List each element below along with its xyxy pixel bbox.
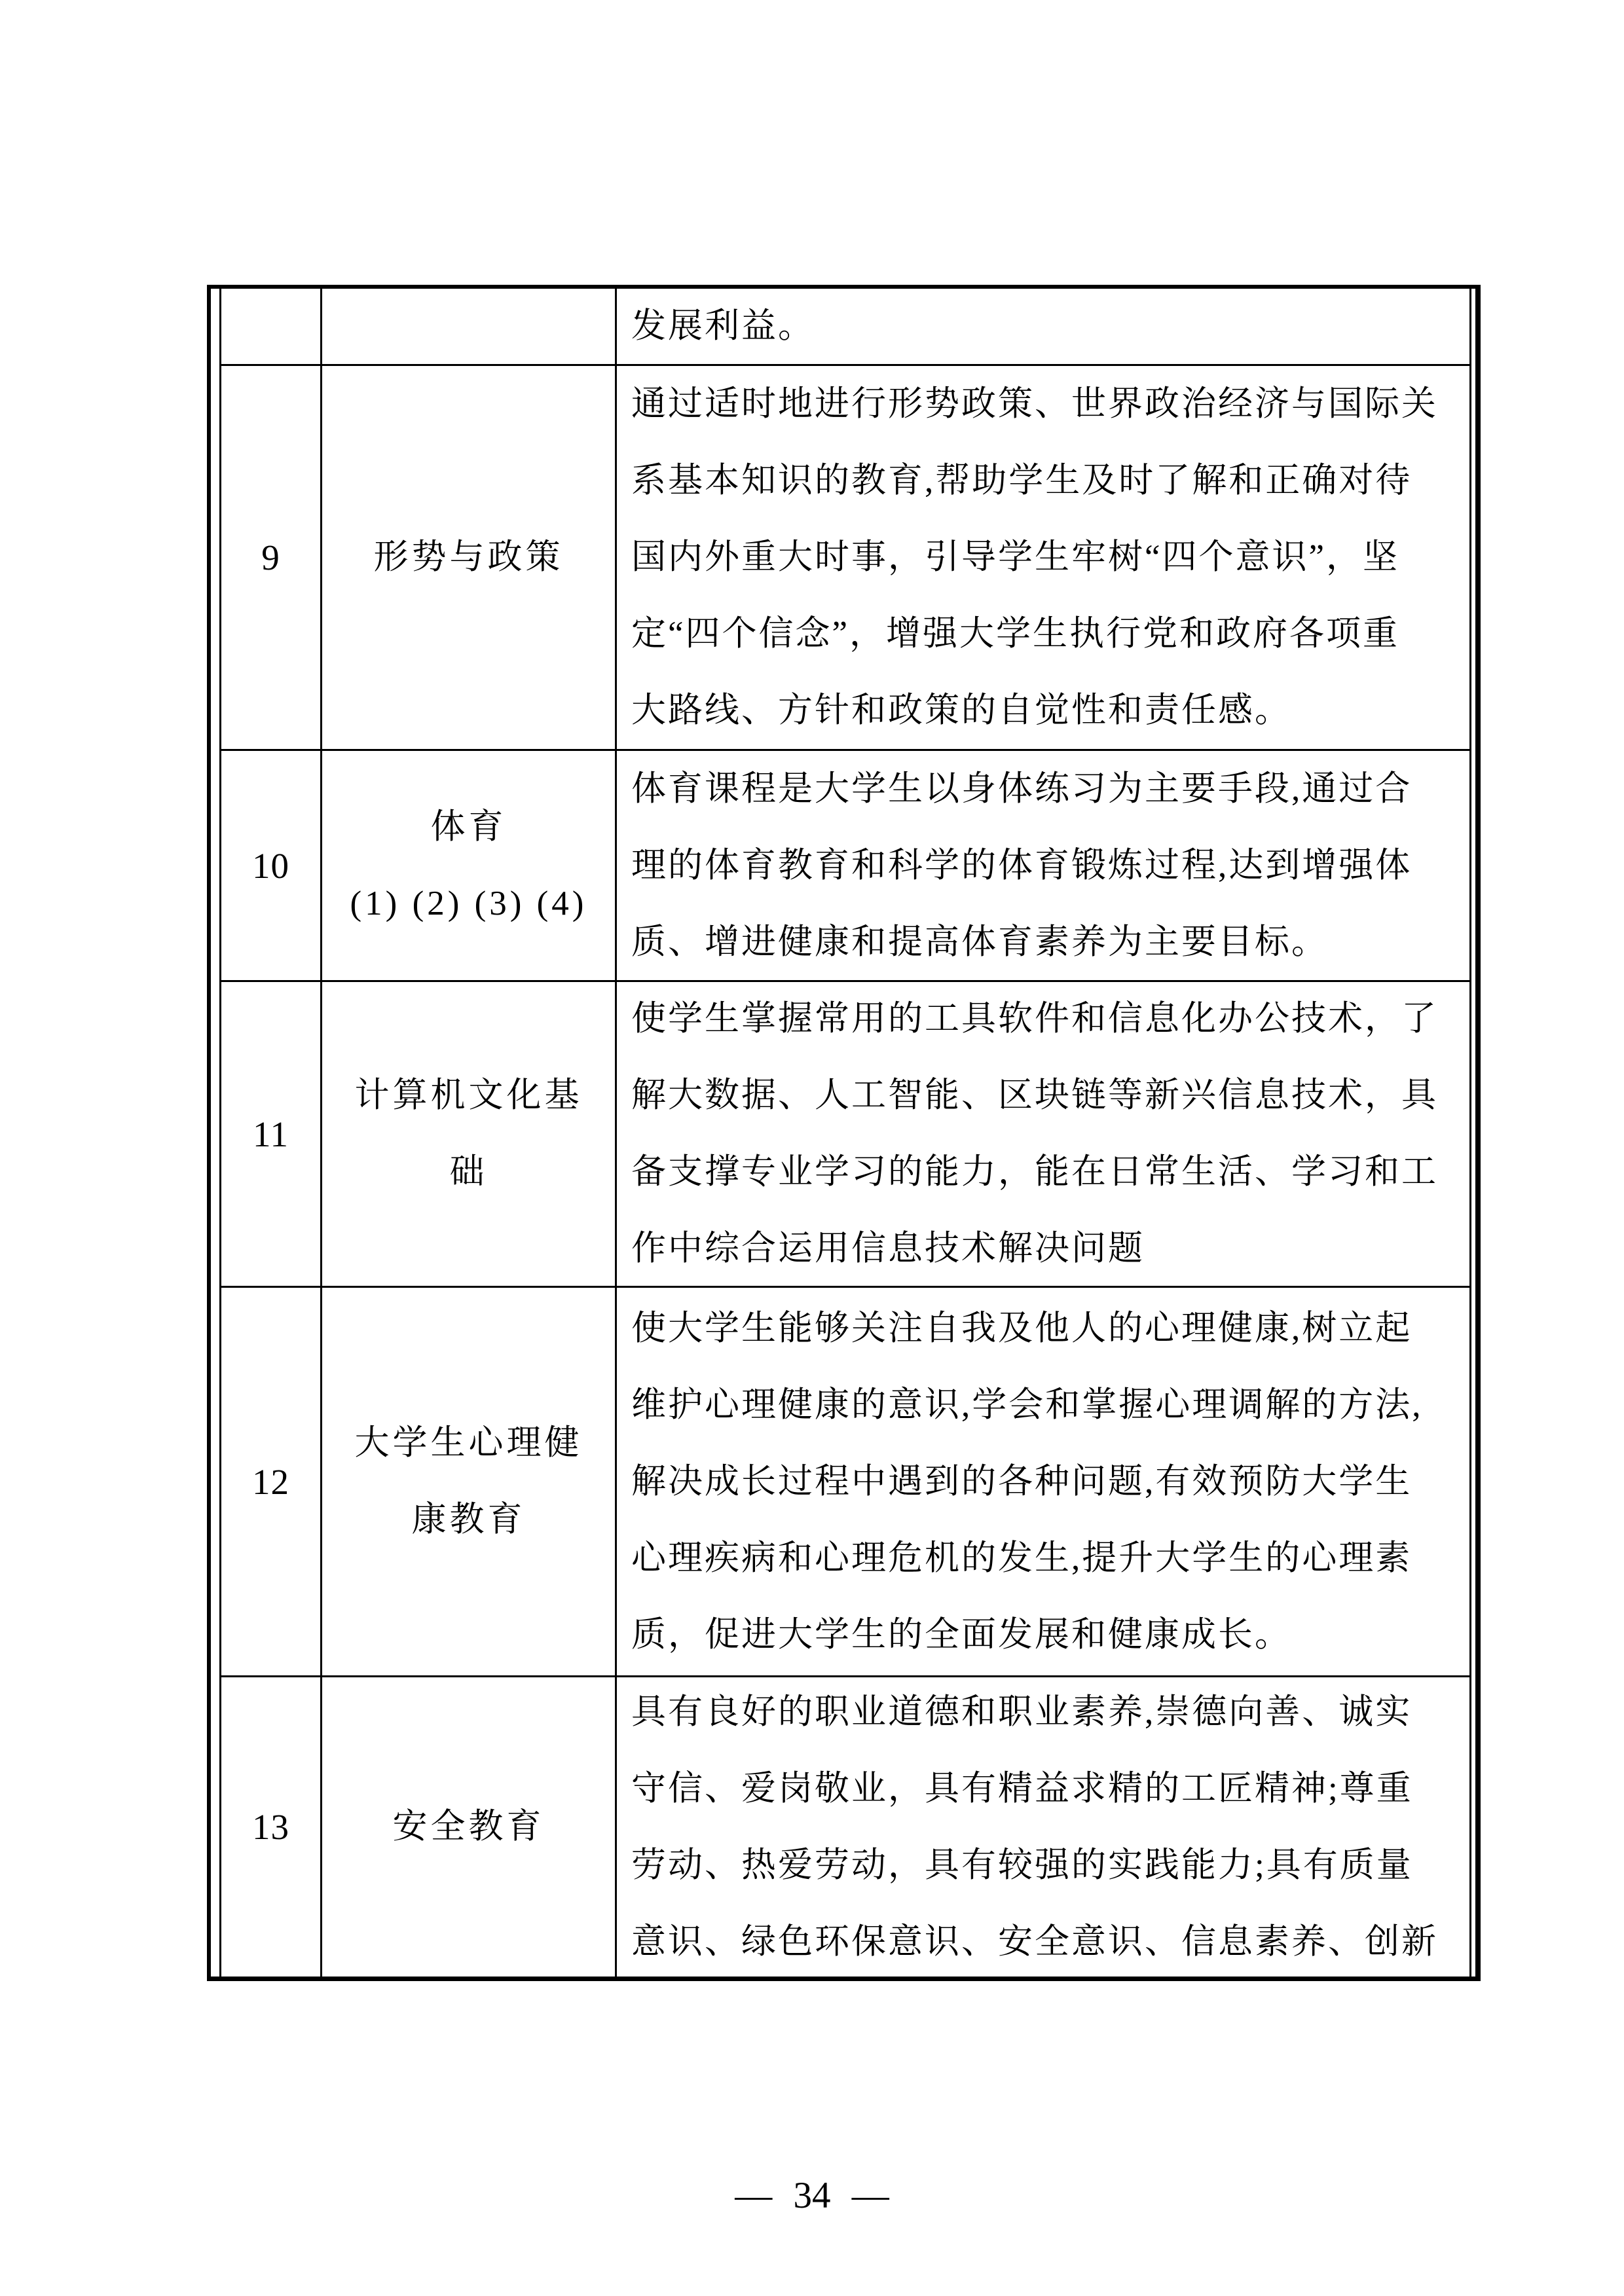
row-9-course-name-cell: 形势与政策	[322, 366, 615, 749]
row-9-number: 9	[221, 519, 320, 596]
row-13-course-name-cell: 安全教育	[322, 1677, 615, 1977]
row-12-course-name: 大学生心理健 康教育	[322, 1405, 615, 1558]
continued-description-cell: 发展利益。	[617, 289, 1469, 364]
row-13-course-name: 安全教育	[322, 1789, 615, 1865]
row-11-description: 使学生掌握常用的工具软件和信息化办公技术，了 解大数据、人工智能、区块链等新兴信…	[631, 982, 1455, 1286]
table-border-left	[207, 285, 211, 1981]
table-inner-line-right	[1469, 289, 1471, 1977]
row-12-description-cell: 使大学生能够关注自我及他人的心理健康,树立起 维护心理健康的意识,学会和掌握心理…	[617, 1288, 1469, 1675]
row-13-number-cell: 13	[221, 1677, 320, 1977]
row-12-number: 12	[221, 1444, 320, 1520]
row-13-description-cell: 具有良好的职业道德和职业素养,崇德向善、诚实 守信、爱岗敬业，具有精益求精的工匠…	[617, 1677, 1469, 1977]
row-10-description: 体育课程是大学生以身体练习为主要手段,通过合 理的体育教育和科学的体育锻炼过程,…	[631, 751, 1455, 980]
row-11-course-name: 计算机文化基 础	[322, 1057, 615, 1211]
row-10-course-name: 体育 (1) (2) (3) (4)	[322, 789, 615, 942]
document-page: 发展利益。 9 形势与政策 通过适时地进行形势政策、世界政治经济与国际关 系基本…	[0, 0, 1624, 2296]
table-border-right	[1475, 285, 1481, 1981]
table-border-bottom	[207, 1977, 1481, 1981]
row-9-description-cell: 通过适时地进行形势政策、世界政治经济与国际关 系基本知识的教育,帮助学生及时了解…	[617, 366, 1469, 749]
row-10-course-name-cell: 体育 (1) (2) (3) (4)	[322, 751, 615, 980]
row-9-number-cell: 9	[221, 366, 320, 749]
row-10-description-cell: 体育课程是大学生以身体练习为主要手段,通过合 理的体育教育和科学的体育锻炼过程,…	[617, 751, 1469, 980]
row-13-number: 13	[221, 1789, 320, 1865]
row-11-number-cell: 11	[221, 982, 320, 1286]
row-9-description: 通过适时地进行形势政策、世界政治经济与国际关 系基本知识的教育,帮助学生及时了解…	[631, 366, 1455, 749]
row-11-number: 11	[221, 1096, 320, 1173]
row-11-description-cell: 使学生掌握常用的工具软件和信息化办公技术，了 解大数据、人工智能、区块链等新兴信…	[617, 982, 1469, 1286]
row-10-number-cell: 10	[221, 751, 320, 980]
continued-description: 发展利益。	[631, 289, 1455, 364]
row-9-course-name: 形势与政策	[322, 519, 615, 596]
row-11-course-name-cell: 计算机文化基 础	[322, 982, 615, 1286]
row-13-description: 具有良好的职业道德和职业素养,崇德向善、诚实 守信、爱岗敬业，具有精益求精的工匠…	[631, 1677, 1455, 1977]
row-12-number-cell: 12	[221, 1288, 320, 1675]
page-number: — 34 —	[0, 2157, 1624, 2234]
row-10-number: 10	[221, 828, 320, 904]
row-12-description: 使大学生能够关注自我及他人的心理健康,树立起 维护心理健康的意识,学会和掌握心理…	[631, 1290, 1455, 1673]
row-12-course-name-cell: 大学生心理健 康教育	[322, 1288, 615, 1675]
